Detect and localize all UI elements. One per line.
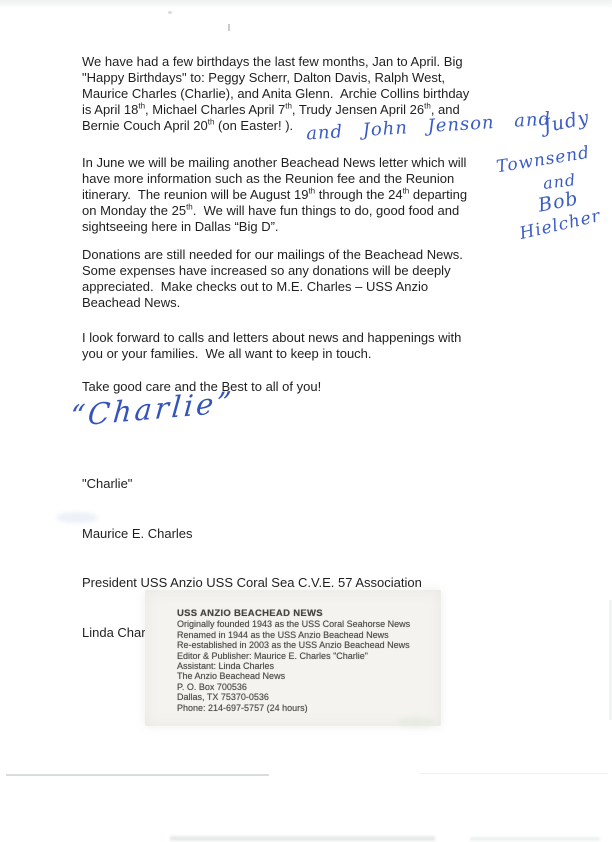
text-line: In June we will be mailing another Beach… <box>82 155 467 171</box>
scan-artifact-line <box>420 773 608 774</box>
scan-artifact-speck <box>228 24 230 31</box>
scan-artifact-smudge <box>470 837 600 841</box>
scan-artifact-line <box>6 774 269 776</box>
masthead-line: Renamed in 1944 as the USS Anzio Beachea… <box>177 630 441 640</box>
masthead-label: USS ANZIO BEACHEAD NEWS Originally found… <box>145 590 441 726</box>
masthead-line: The Anzio Beachead News <box>177 671 441 681</box>
masthead-line: Assistant: Linda Charles <box>177 661 441 671</box>
text-line: "Happy Birthdays" to: Peggy Scherr, Dalt… <box>82 70 469 86</box>
masthead-line: Phone: 214-697-5757 (24 hours) <box>177 703 441 713</box>
masthead-line: Originally founded 1943 as the USS Coral… <box>177 619 441 629</box>
text-line: We have had a few birthdays the last few… <box>82 54 469 70</box>
text-line: have more information such as the Reunio… <box>82 171 467 187</box>
masthead-line: Dallas, TX 75370-0536 <box>177 692 441 702</box>
text-line: Maurice Charles (Charlie), and Anita Gle… <box>82 86 469 102</box>
text-line: on Monday the 25th. We will have fun thi… <box>82 203 467 219</box>
masthead-line: Re-established in 2003 as the USS Anzio … <box>177 640 441 650</box>
scanned-letter-page: We have had a few birthdays the last few… <box>0 0 612 842</box>
text-line: Some expenses have increased so any dona… <box>82 263 463 279</box>
text-line: I look forward to calls and letters abou… <box>82 330 461 346</box>
text-line: Beachead News. <box>82 295 463 311</box>
masthead-line: Editor & Publisher: Maurice E. Charles "… <box>177 651 441 661</box>
signature-line: "Charlie" <box>82 476 422 493</box>
paragraph: I look forward to calls and letters abou… <box>82 330 461 362</box>
paragraph: Donations are still needed for our maili… <box>82 247 463 311</box>
text-line: appreciated. Make checks out to M.E. Cha… <box>82 279 463 295</box>
scan-artifact-speck <box>168 11 172 14</box>
masthead-title: USS ANZIO BEACHEAD NEWS <box>177 609 441 619</box>
handwritten-margin-word: Townsend <box>495 143 591 178</box>
text-line: sightseeing here in Dallas “Big D”. <box>82 219 467 235</box>
scan-artifact-smudge <box>170 836 435 841</box>
text-line: Donations are still needed for our maili… <box>82 247 463 263</box>
text-line: you or your families. We all want to kee… <box>82 346 461 362</box>
text-line: itinerary. The reunion will be August 19… <box>82 187 467 203</box>
masthead-line: P. O. Box 700536 <box>177 682 441 692</box>
signature-line: Maurice E. Charles <box>82 526 422 543</box>
paragraph: In June we will be mailing another Beach… <box>82 155 467 235</box>
text-line: is April 18th, Michael Charles April 7th… <box>82 102 469 118</box>
